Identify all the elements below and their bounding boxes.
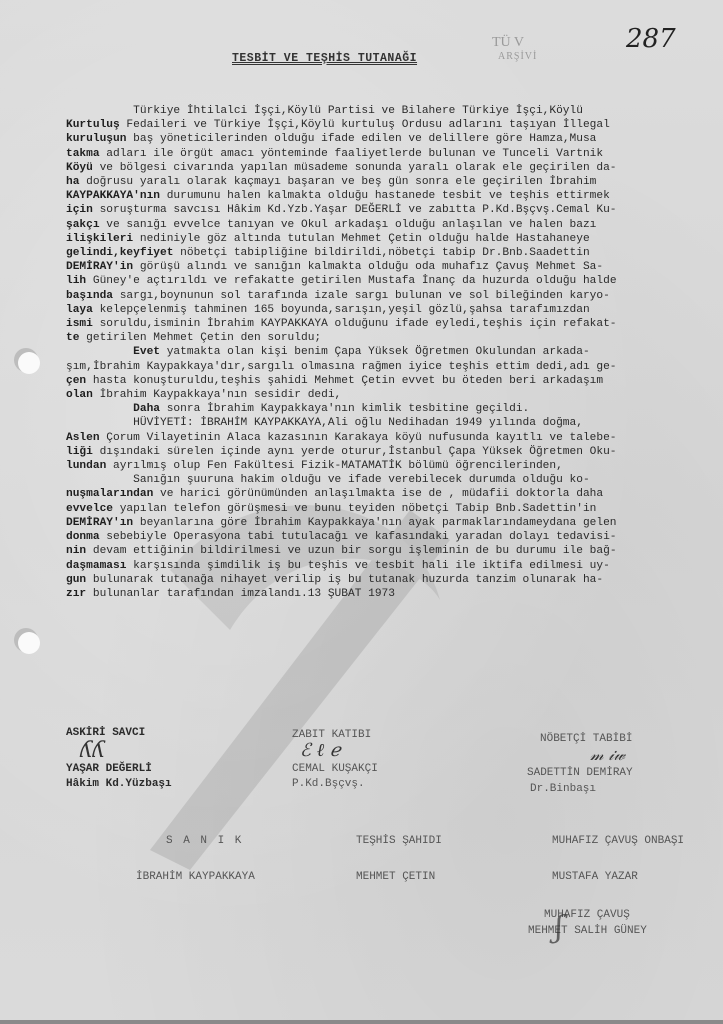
signature-scrawl: ℰ ℓ ℯ (300, 740, 341, 761)
signatory-title: P.Kd.Bşçvş. (292, 777, 365, 792)
signatory-role: S A N I K (166, 834, 243, 849)
punch-hole (18, 352, 40, 374)
signatory-role: ASKİRİ SAVCI (66, 726, 145, 741)
page-number: 287 (626, 24, 676, 54)
document-line: laya kelepçelenmiş tahminen 165 boyunda,… (66, 303, 706, 317)
document-line: başında sargı,boynunun sol tarafında iza… (66, 289, 706, 303)
document-line: şım,İbrahim Kaypakkaya'dır,sargılı olmas… (66, 360, 706, 374)
signatory-name: MUSTAFA YAZAR (552, 870, 638, 885)
document-line: gun bulunarak tutanağa nihayet verilip i… (66, 573, 706, 587)
signatory-name: YAŞAR DEĞERLİ (66, 762, 152, 777)
document-line: zır bulunanlar tarafından imzalandı.13 Ş… (66, 587, 706, 601)
document-body: Türkiye İhtilalci İşçi,Köylü Partisi ve … (66, 104, 706, 601)
signatory-title: Hâkim Kd.Yüzbaşı (66, 777, 172, 792)
document-line: şakçı ve sanığı evvelce tanıyan ve Okul … (66, 218, 706, 232)
document-line: gelindi,keyfiyet nöbetçi tabipliğine bil… (66, 246, 706, 260)
archive-stamp-line1: TÜ V (492, 36, 537, 50)
document-line: olan İbrahim Kaypakkaya'nın sesidir dedi… (66, 388, 706, 402)
document-line: donma sebebiyle Operasyona tabi tutulaca… (66, 530, 706, 544)
scan-edge (0, 1020, 723, 1024)
document-line: takma adları ile örgüt amacı yönteminde … (66, 147, 706, 161)
signatory-title: Dr.Binbaşı (530, 782, 596, 797)
signatory-name: CEMAL KUŞAKÇI (292, 762, 378, 777)
document-line: ismi soruldu,isminin İbrahim KAYPAKKAYA … (66, 317, 706, 331)
document-line: DEMİRAY'ın beyanlarına göre İbrahim Kayp… (66, 516, 706, 530)
document-line: kuruluşun baş yöneticilerinden olduğu if… (66, 132, 706, 146)
signature-scrawl: 𝓂 𝒾𝓌 (590, 745, 625, 765)
document-line: Sanığın şuuruna hakim olduğu ve ifade ve… (66, 473, 706, 487)
signatory-name: İBRAHİM KAYPAKKAYA (136, 870, 255, 885)
document-line: ilişkileri nediniyle göz altında tutulan… (66, 232, 706, 246)
signatory-name: SADETTİN DEMİRAY (527, 766, 633, 781)
signature-scrawl: ʃ (555, 910, 563, 945)
document-line: Aslen Çorum Vilayetinin Alaca kazasının … (66, 431, 706, 445)
signature-scrawl: ʎʎ (80, 738, 105, 763)
document-line: nuşmalarından ve harici görünümünden anl… (66, 487, 706, 501)
document-line: lundan ayrılmış olup Fen Fakültesi Fizik… (66, 459, 706, 473)
document-line: KAYPAKKAYA'nın durumunu halen kalmakta o… (66, 189, 706, 203)
document-line: için soruşturma savcısı Hâkim Kd.Yzb.Yaş… (66, 203, 706, 217)
document-line: Evet yatmakta olan kişi benim Çapa Yükse… (66, 345, 706, 359)
signatory-name: MEHMET SALİH GÜNEY (528, 924, 647, 939)
document-line: HÜVİYETİ: İBRAHİM KAYPAKKAYA,Ali oğlu Ne… (66, 416, 706, 430)
signatory-role: MUHAFIZ ÇAVUŞ ONBAŞI (552, 834, 684, 849)
document-line: çen hasta konuşturuldu,teşhis şahidi Meh… (66, 374, 706, 388)
document-line: ha doğrusu yaralı olarak kaçmayı başaran… (66, 175, 706, 189)
document-line: evvelce yapılan telefon görüşmesi ve bun… (66, 502, 706, 516)
document-line: DEMİRAY'in görüşü alındı ve sanığın kalm… (66, 260, 706, 274)
document-page: TESBİT VE TEŞHİS TUTANAĞI TÜ V ARŞİVİ 28… (0, 0, 723, 1024)
document-line: liği dışındaki sürelen içinde aynı yerde… (66, 445, 706, 459)
punch-hole (18, 632, 40, 654)
document-line: nin devam ettiğinin bildirilmesi ve uzun… (66, 544, 706, 558)
signatory-role: TEŞHİS ŞAHIDI (356, 834, 442, 849)
document-line: daşmaması karşısında şimdilik iş bu teşh… (66, 559, 706, 573)
document-line: Türkiye İhtilalci İşçi,Köylü Partisi ve … (66, 104, 706, 118)
signatory-name: MEHMET ÇETIN (356, 870, 435, 885)
document-line: lih Güney'e açtırıldı ve refakatte getir… (66, 274, 706, 288)
archive-stamp: TÜ V ARŞİVİ (492, 36, 537, 64)
document-line: te getirilen Mehmet Çetin den soruldu; (66, 331, 706, 345)
archive-stamp-line2: ARŞİVİ (498, 50, 537, 64)
document-line: Kurtuluş Fedaileri ve Türkiye İşçi,Köylü… (66, 118, 706, 132)
document-line: Köyü ve bölgesi civarında yapılan müsade… (66, 161, 706, 175)
document-line: Daha sonra İbrahim Kaypakkaya'nın kimlik… (66, 402, 706, 416)
document-title: TESBİT VE TEŞHİS TUTANAĞI (232, 52, 417, 65)
